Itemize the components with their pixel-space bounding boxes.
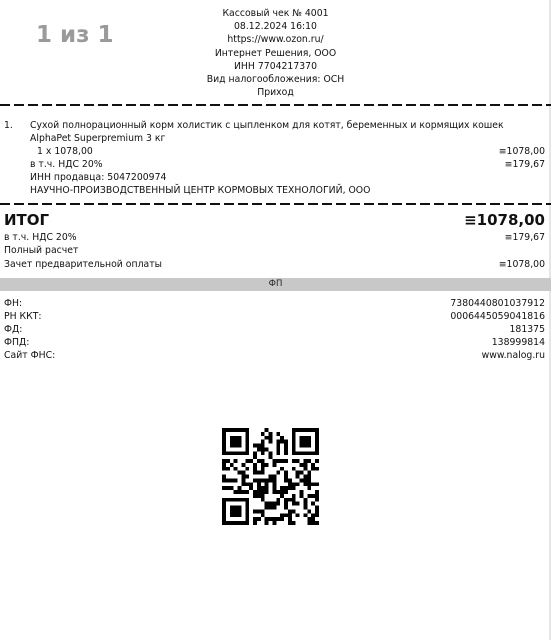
- receipt-datetime: 08.12.2024 16:10: [0, 20, 551, 33]
- fiscal-row-fns-site: Сайт ФНС: www.nalog.ru: [0, 349, 551, 362]
- item-seller-name-row: НАУЧНО-ПРОИЗВОДСТВЕННЫЙ ЦЕНТР КОРМОВЫХ Т…: [0, 184, 551, 197]
- item-seller-name: НАУЧНО-ПРОИЗВОДСТВЕННЫЙ ЦЕНТР КОРМОВЫХ Т…: [30, 184, 370, 197]
- fiscal-value: 138999814: [492, 336, 545, 349]
- tax-system: Вид налогообложения: ОСН: [0, 73, 551, 86]
- company-name: Интернет Решения, ООО: [0, 47, 551, 60]
- fiscal-row-fd: ФД: 181375: [0, 323, 551, 336]
- total-label: ИТОГ: [4, 211, 49, 229]
- prepayment-row: Зачет предварительной оплаты ≡1078,00: [0, 258, 551, 271]
- receipt-title: Кассовый чек № 4001: [0, 7, 551, 20]
- fiscal-label: ФД:: [4, 323, 22, 336]
- divider: [0, 203, 551, 205]
- operation-type: Приход: [0, 86, 551, 99]
- item-vat-row: в т.ч. НДС 20% ≡179,67: [0, 158, 551, 171]
- item-name-row: 1. Сухой полнорационный корм холистик с …: [0, 119, 551, 132]
- fiscal-label: ФПД:: [4, 336, 29, 349]
- store-url: https://www.ozon.ru/: [0, 33, 551, 46]
- fiscal-row-rn-kkt: РН ККТ: 0006445059041816: [0, 310, 551, 323]
- fiscal-value: www.nalog.ru: [482, 349, 545, 362]
- payment-method-row: Полный расчет: [0, 244, 551, 257]
- total-amount: ≡1078,00: [464, 211, 545, 229]
- total-row: ИТОГ ≡1078,00: [0, 211, 551, 229]
- divider: [0, 104, 551, 106]
- item-name-line2: AlphaPet Superpremium 3 кг: [30, 132, 165, 145]
- item-amount: ≡1078,00: [499, 145, 545, 158]
- prepayment-amount: ≡1078,00: [499, 258, 545, 271]
- fiscal-row-fpd: ФПД: 138999814: [0, 336, 551, 349]
- item-qty-price: 1 x 1078,00: [37, 145, 93, 158]
- item-qty-row: 1 x 1078,00 ≡1078,00: [0, 145, 551, 158]
- item-number: 1.: [4, 119, 13, 132]
- fiscal-row-fn: ФН: 7380440801037912: [0, 297, 551, 310]
- total-vat-label: в т.ч. НДС 20%: [4, 231, 77, 244]
- total-vat-amount: ≡179,67: [505, 231, 545, 244]
- company-inn: ИНН 7704217370: [0, 60, 551, 73]
- item-name-line1: Сухой полнорационный корм холистик с цып…: [30, 119, 504, 132]
- item-name-row-2: AlphaPet Superpremium 3 кг: [0, 132, 551, 145]
- receipt-header: Кассовый чек № 4001 08.12.2024 16:10 htt…: [0, 7, 551, 99]
- qr-code-icon[interactable]: [222, 428, 319, 525]
- total-vat-row: в т.ч. НДС 20% ≡179,67: [0, 231, 551, 244]
- payment-method: Полный расчет: [4, 244, 78, 257]
- item-vat-amount: ≡179,67: [505, 158, 545, 171]
- fiscal-label: РН ККТ:: [4, 310, 42, 323]
- item-seller-inn: ИНН продавца: 5047200974: [30, 171, 166, 184]
- fiscal-label: ФН:: [4, 297, 22, 310]
- fiscal-label: Сайт ФНС:: [4, 349, 55, 362]
- fiscal-value: 7380440801037912: [450, 297, 545, 310]
- prepayment-label: Зачет предварительной оплаты: [4, 258, 162, 271]
- item-vat-label: в т.ч. НДС 20%: [30, 158, 103, 171]
- fiscal-section-header: ФП: [0, 278, 551, 291]
- fiscal-value: 0006445059041816: [450, 310, 545, 323]
- fiscal-value: 181375: [510, 323, 546, 336]
- item-seller-inn-row: ИНН продавца: 5047200974: [0, 171, 551, 184]
